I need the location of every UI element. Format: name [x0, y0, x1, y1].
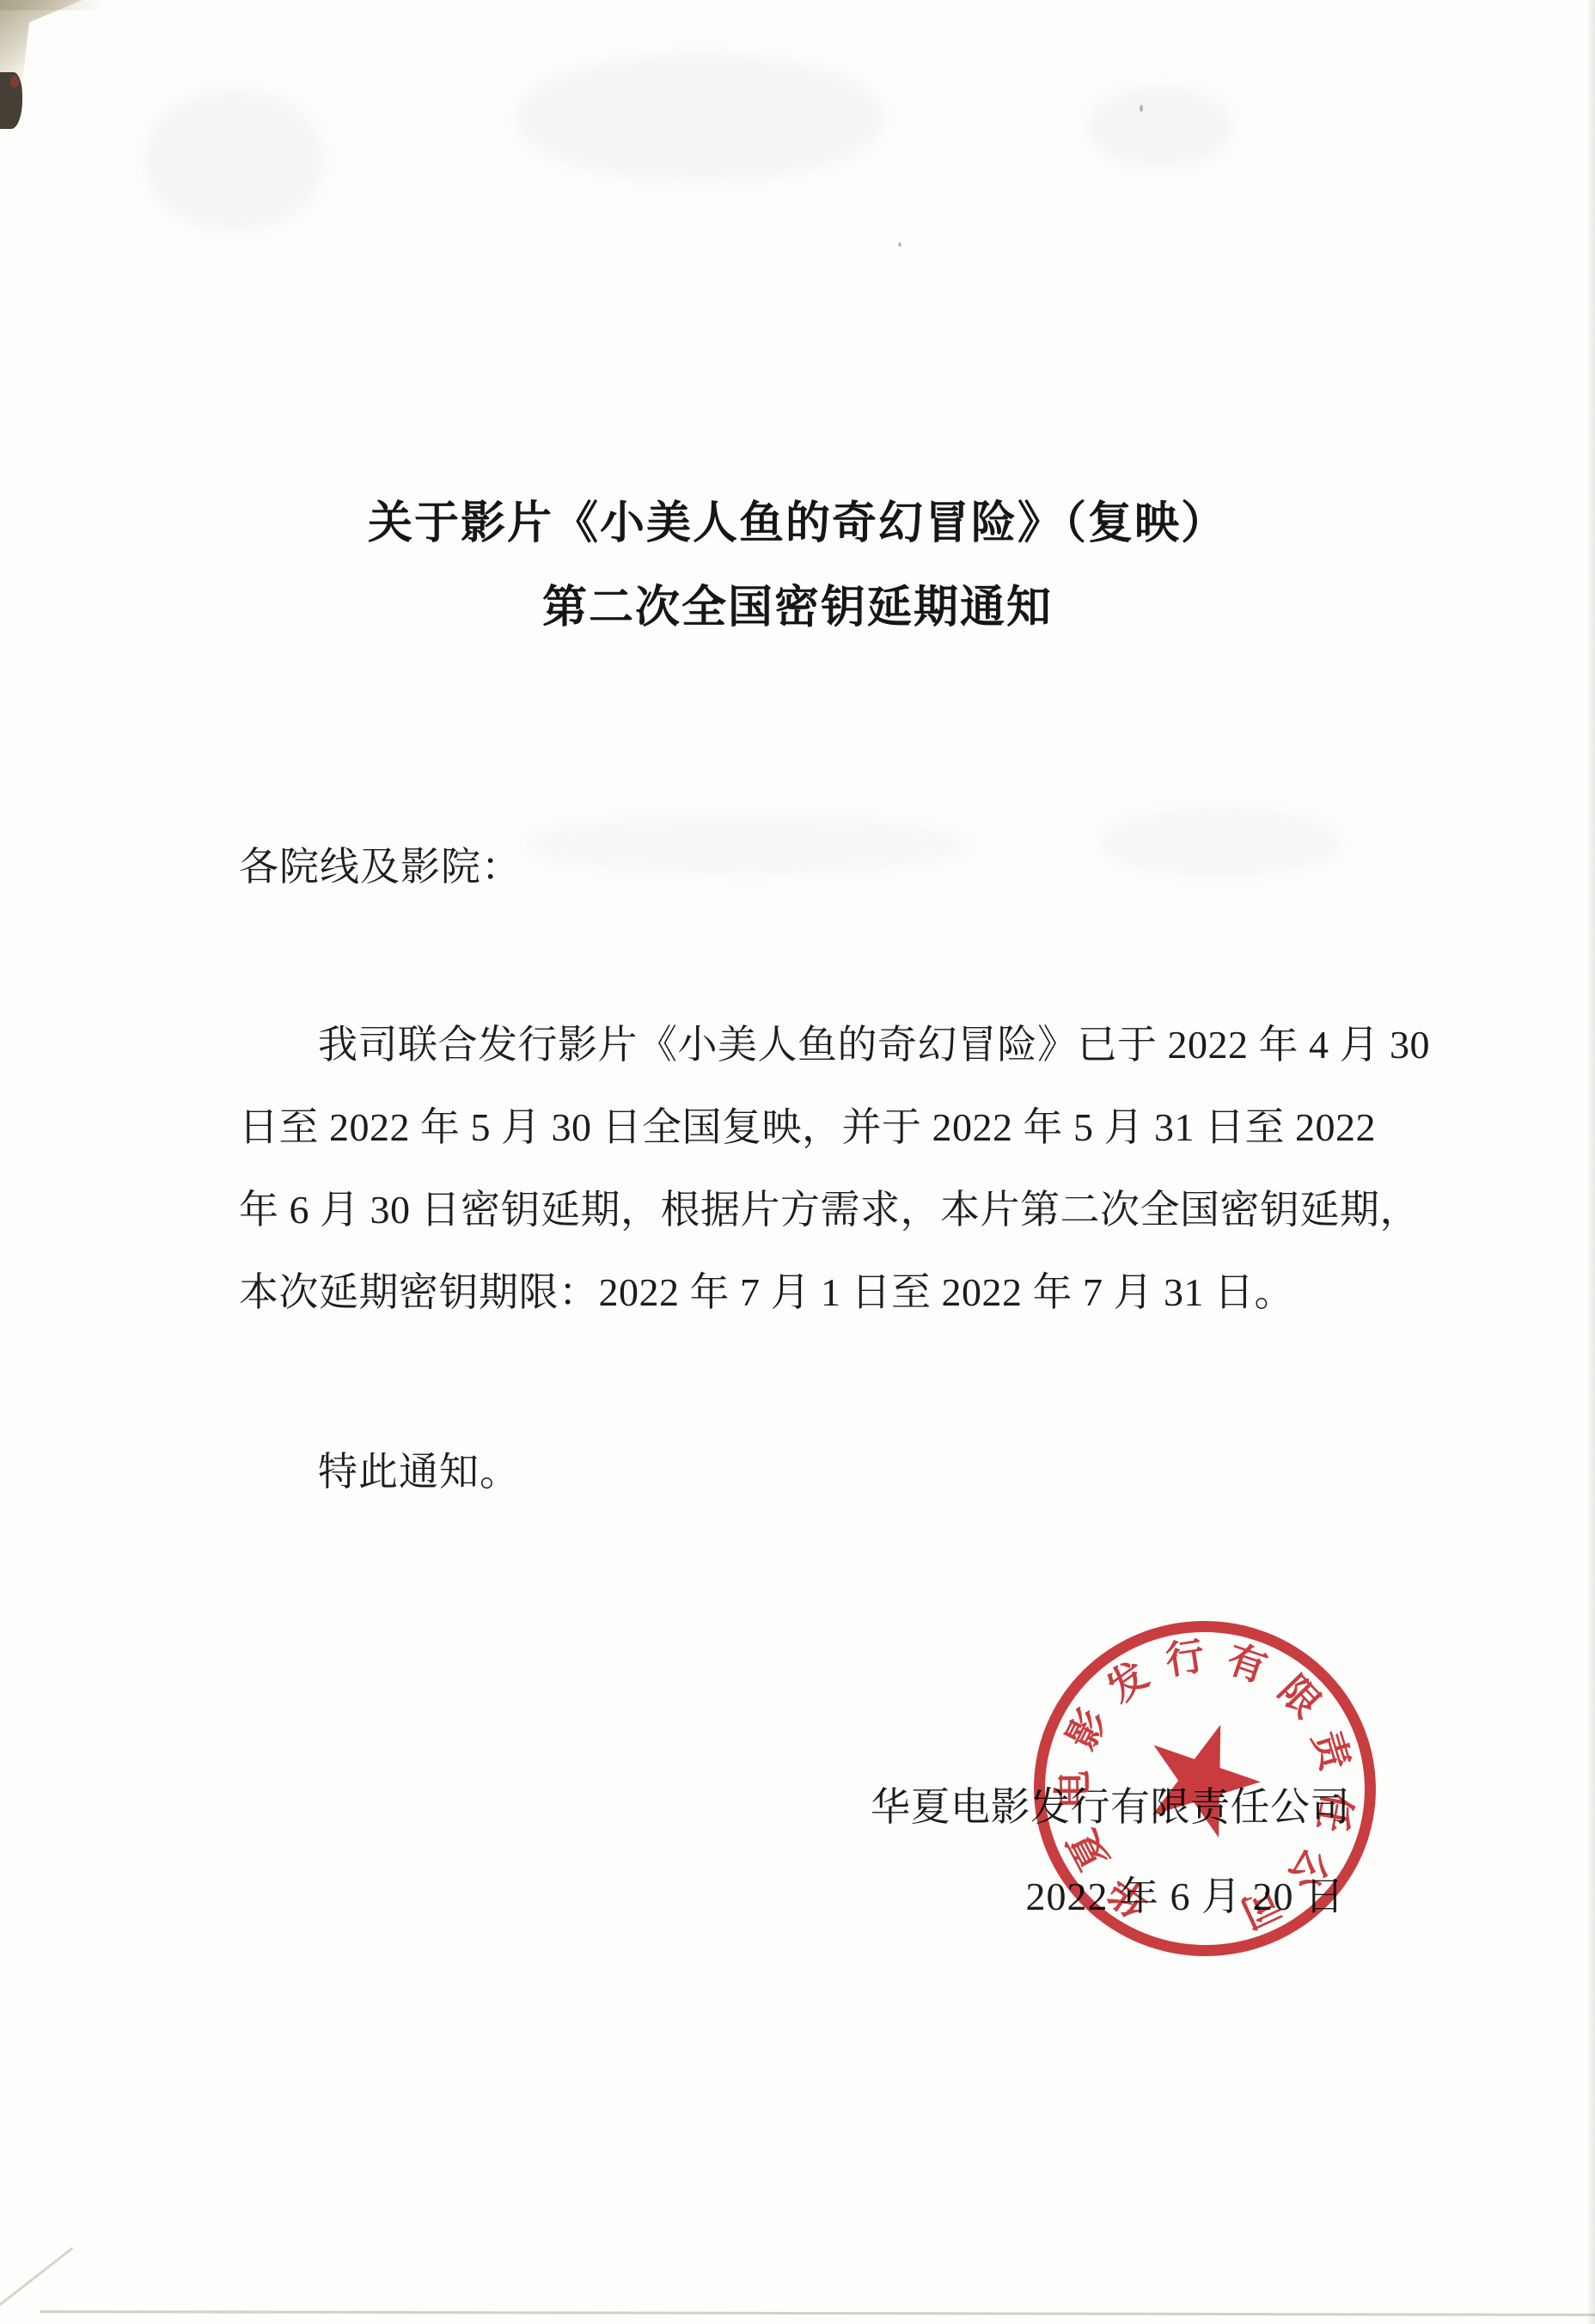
scan-corner-red-mark [10, 76, 19, 88]
seal-ring-char: 电 [1053, 1769, 1094, 1810]
scan-corner-artifact [0, 0, 82, 95]
seal-ring-char: 行 [1162, 1635, 1209, 1682]
scan-smudge [516, 53, 885, 182]
scan-top-edge [0, 0, 103, 10]
star-icon: ★ [1115, 1688, 1288, 1871]
seal-ring-char: 发 [1099, 1654, 1157, 1711]
scan-speck [1140, 105, 1143, 112]
seal-ring-char: 责 [1305, 1725, 1357, 1777]
scan-bottom-corner-edge [0, 2247, 73, 2307]
notice-body-paragraph: 我司联合发行影片《小美人鱼的奇幻冒险》已于 2022 年 4 月 30 日至 2… [239, 1019, 1373, 1349]
seal-ring-char: 限 [1270, 1668, 1329, 1727]
scan-smudge [1100, 808, 1341, 877]
seal-ring-text: 华夏电影发行有限责任公司 [1060, 1618, 1378, 1646]
closing-phrase: 特此通知。 [318, 1440, 520, 1497]
notice-title-line2: 第二次全国密钥延期通知 [0, 571, 1595, 635]
paragraph-line: 本次延期密钥期限：2022 年 7 月 1 日至 2022 年 7 月 31 日… [239, 1267, 1373, 1349]
scan-bottom-edge [40, 2310, 1595, 2316]
scan-right-edge-shadow [1586, 0, 1595, 2324]
paragraph-line: 日至 2022 年 5 月 30 日全国复映，并于 2022 年 5 月 31 … [239, 1102, 1373, 1184]
scan-smudge [522, 815, 969, 875]
salutation: 各院线及影院： [239, 835, 522, 892]
seal-ring-char: 夏 [1060, 1822, 1116, 1878]
seal-ring-char: 华 [1101, 1868, 1158, 1925]
scan-speck [898, 242, 901, 247]
document-page: 关于影片《小美人鱼的奇幻冒险》（复映） 第二次全国密钥延期通知 各院线及影院： … [0, 0, 1595, 2324]
notice-title-line1: 关于影片《小美人鱼的奇幻冒险》（复映） [0, 486, 1595, 551]
scan-corner-dark-mark [0, 72, 22, 129]
seal-ring-char: 公 [1280, 1840, 1337, 1898]
scan-smudge [1087, 86, 1233, 168]
seal-ring-char: 任 [1311, 1789, 1359, 1837]
paragraph-line: 我司联合发行影片《小美人鱼的奇幻冒险》已于 2022 年 4 月 30 [239, 1019, 1373, 1102]
seal-ring-char: 有 [1220, 1638, 1273, 1691]
scan-smudge [144, 89, 325, 231]
seal-ring-char: 影 [1060, 1702, 1115, 1757]
paragraph-line: 年 6 月 30 日密钥延期，根据片方需求，本片第二次全国密钥延期， [239, 1184, 1373, 1267]
seal-ring-char: 司 [1233, 1881, 1288, 1936]
